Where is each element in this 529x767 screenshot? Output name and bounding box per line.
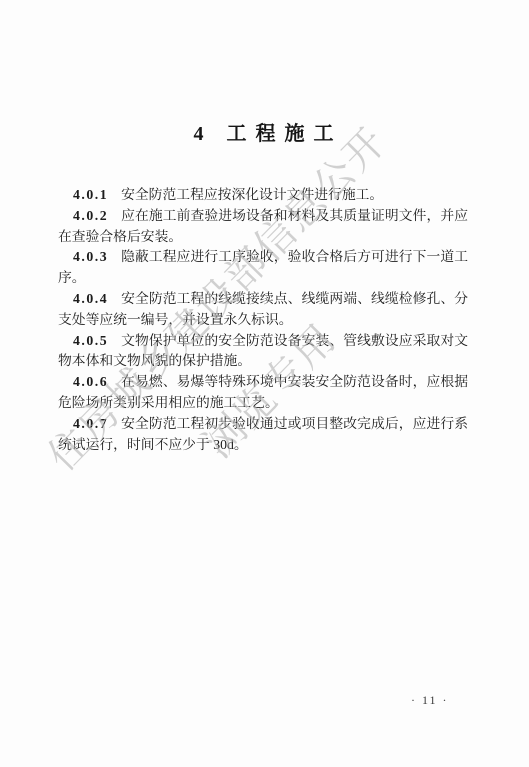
clause-text: 隐蔽工程应进行工序验收，验收合格后方可进行下一道工序。 [58, 249, 468, 285]
clause-4-0-6: 4.0.6在易燃、易爆等特殊环境中安装安全防范设备时，应根据危险场所类别采用相应… [58, 372, 468, 414]
clause-number: 4.0.2 [58, 208, 108, 223]
clause-4-0-3: 4.0.3隐蔽工程应进行工序验收，验收合格后方可进行下一道工序。 [58, 247, 468, 289]
clause-text: 安全防范工程应按深化设计文件进行施工。 [121, 187, 383, 202]
clause-text: 安全防范工程初步验收通过或项目整改完成后，应进行系统试运行，时间不应少于 30d… [58, 416, 468, 452]
clause-number: 4.0.7 [58, 416, 108, 431]
clause-text: 文物保护单位的安全防范设备安装、管线敷设应采取对文物本体和文物风貌的保护措施。 [58, 333, 468, 369]
clause-4-0-1: 4.0.1安全防范工程应按深化设计文件进行施工。 [58, 185, 468, 206]
clause-text: 应在施工前查验进场设备和材料及其质量证明文件，并应在查验合格后安装。 [58, 208, 468, 244]
chapter-title: 4 工 程 施 工 [0, 117, 529, 146]
clause-text: 安全防范工程的线缆接续点、线缆两端、线缆检修孔、分支处等应统一编号，并设置永久标… [58, 291, 468, 327]
clause-number: 4.0.3 [58, 249, 108, 264]
clause-number: 4.0.5 [58, 333, 108, 348]
clause-number: 4.0.1 [58, 187, 108, 202]
clause-number: 4.0.6 [58, 374, 108, 389]
page-number: · 11 · [411, 693, 449, 708]
document-page: 住房城乡建设部信息公开 浏览专用 4 工 程 施 工 4.0.1安全防范工程应按… [0, 0, 529, 767]
clause-list: 4.0.1安全防范工程应按深化设计文件进行施工。 4.0.2应在施工前查验进场设… [58, 185, 468, 455]
clause-4-0-4: 4.0.4安全防范工程的线缆接续点、线缆两端、线缆检修孔、分支处等应统一编号，并… [58, 289, 468, 331]
clause-4-0-2: 4.0.2应在施工前查验进场设备和材料及其质量证明文件，并应在查验合格后安装。 [58, 206, 468, 248]
clause-4-0-5: 4.0.5文物保护单位的安全防范设备安装、管线敷设应采取对文物本体和文物风貌的保… [58, 331, 468, 373]
clause-4-0-7: 4.0.7安全防范工程初步验收通过或项目整改完成后，应进行系统试运行，时间不应少… [58, 414, 468, 456]
clause-number: 4.0.4 [58, 291, 108, 306]
clause-text: 在易燃、易爆等特殊环境中安装安全防范设备时，应根据危险场所类别采用相应的施工工艺… [58, 374, 468, 410]
chapter-number: 4 [194, 123, 204, 145]
chapter-name: 工 程 施 工 [227, 123, 336, 145]
